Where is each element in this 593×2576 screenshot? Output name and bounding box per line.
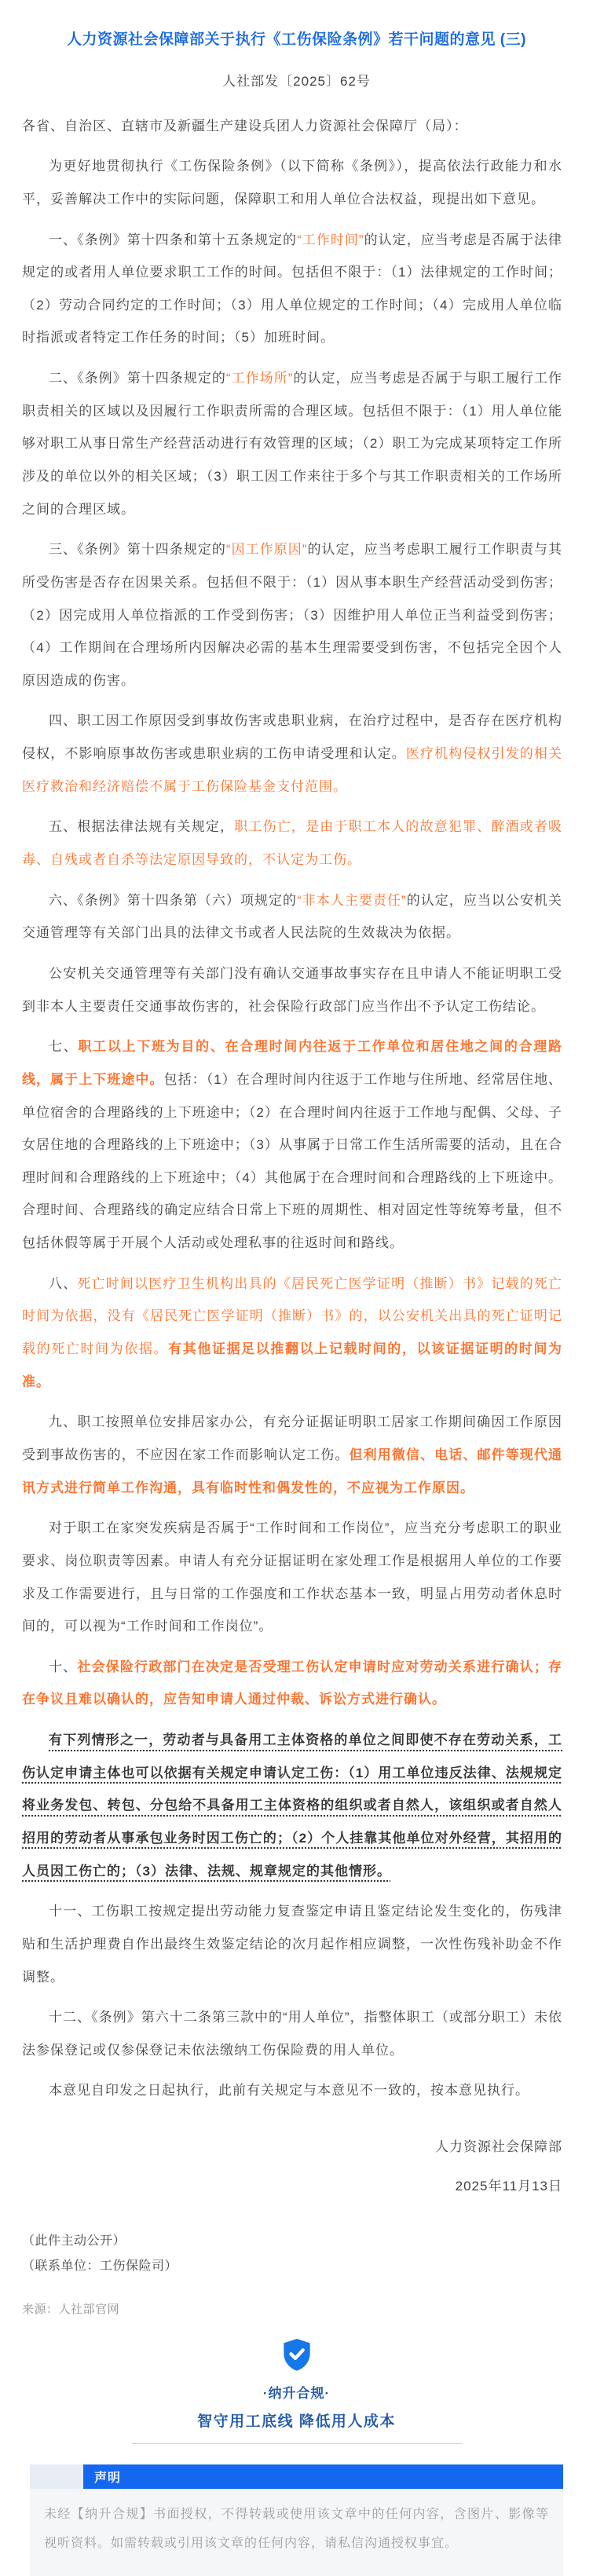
text-run: 公安机关交通管理等有关部门没有确认交通事故事实存在且申请人不能证明职工受到非本人… [22,966,562,1014]
text-run: “因工作原因” [226,542,308,557]
text-run: 的认定，应当考虑是否属于法律规定的或者用人单位要求职工工作的时间。包括但不限于：… [22,232,562,346]
text-run: 一、《条例》第十四条和第十五条规定的 [49,232,297,247]
text-run: 为更好地贯彻执行《工伤保险条例》（以下简称《条例》），提高依法行政能力和水平，妥… [22,159,562,207]
doc-number: 人社部发〔2025〕62号 [0,70,593,90]
paragraph: 一、《条例》第十四条和第十五条规定的“工作时间”的认定，应当考虑是否属于法律规定… [22,224,562,355]
article-page: 人力资源社会保障部关于执行《工伤保险条例》若干问题的意见 (三) 人社部发〔20… [0,30,593,2576]
paragraph: 十一、工伤职工按规定提出劳动能力复查鉴定申请且鉴定结论发生变化的，伤残津贴和生活… [22,1895,562,1993]
disclaimer-title-bar: 声明 [83,2464,563,2489]
disclaimer-title: 声明 [94,2468,121,2486]
disclaimer-box: 声明 未经【纳升合规】书面授权，不得转载或使用该文章中的任何内容，含图片、影像等… [30,2464,563,2576]
paragraph: 四、职工因工作原因受到事故伤害或患职业病，在治疗过程中，是否存在医疗机构侵权，不… [22,704,562,803]
source-line: 来源：人社部官网 [22,2300,562,2317]
disclaimer-header: 声明 [30,2464,563,2489]
text-run: “工作时间” [297,232,364,247]
note-public: （此件主动公开） [22,2229,562,2253]
note-contact: （联系单位：工伤保险司） [22,2254,562,2278]
paragraph: 为更好地贯彻执行《工伤保险条例》（以下简称《条例》），提高依法行政能力和水平，妥… [22,150,562,215]
text-run: 二、《条例》第十四条规定的 [49,371,226,386]
paragraph: 有下列情形之一，劳动者与具备用工主体资格的单位之间即使不存在劳动关系，工伤认定申… [22,1724,562,1887]
text-run: 八、 [49,1276,77,1291]
shield-check-icon [281,2337,313,2372]
brand-block: ·纳升合规· 智守用工底线 降低用人成本 [132,2337,462,2444]
disclaimer-header-accent [30,2464,83,2489]
text-run: “工作场所” [226,371,293,386]
paragraph: 八、死亡时间以医疗卫生机构出具的《居民死亡医学证明（推断）书》记载的死亡时间为依… [22,1268,562,1399]
paragraph: 二、《条例》第十四条规定的“工作场所”的认定，应当考虑是否属于与职工履行工作职责… [22,362,562,525]
document-body: 各省、自治区、直辖市及新疆生产建设兵团人力资源社会保障厅（局）：为更好地贯彻执行… [22,110,562,2108]
text-run: 有下列情形之一，劳动者与具备用工主体资格的单位之间即使不存在劳动关系，工伤认定申… [22,1733,562,1879]
text-run: 十、 [49,1659,77,1674]
brand-name: ·纳升合规· [132,2382,462,2402]
text-run: 十一、工伤职工按规定提出劳动能力复查鉴定申请且鉴定结论发生变化的，伤残津贴和生活… [22,1904,562,1984]
paragraph: 十二、《条例》第六十二条第三款中的“用人单位”，指整体职工（或部分职工）未依法参… [22,2001,562,2066]
paragraph: 公安机关交通管理等有关部门没有确认交通事故事实存在且申请人不能证明职工受到非本人… [22,957,562,1023]
text-run: 对于职工在家突发疾病是否属于“工作时间和工作岗位”，应当充分考虑职工的职业要求、… [22,1520,562,1634]
disclaimer-body: 未经【纳升合规】书面授权，不得转载或使用该文章中的任何内容，含图片、影像等视听资… [30,2489,563,2576]
text-run: 的认定，应当考虑职工履行工作职责与其所受伤害是否存在因果关系。包括但不限于：（1… [22,542,562,688]
paragraph: 六、《条例》第十四条第（六）项规定的“非本人主要责任”的认定，应当以公安机关交通… [22,884,562,950]
paragraph: 十、社会保险行政部门在决定是否受理工伤认定申请时应对劳动关系进行确认；存在争议且… [22,1651,562,1716]
signature-block: 人力资源社会保障部 2025年11月13日 [22,2131,562,2202]
text-run: 的认定，应当考虑是否属于与职工履行工作职责相关的区域以及因履行工作职责所需的合理… [22,371,562,517]
paragraph: 九、职工按照单位安排居家办公，有充分证据证明职工居家工作期间确因工作原因受到事故… [22,1406,562,1504]
text-run: 包括：（1）在合理时间内往返于工作地与住所地、经常居住地、单位宿舍的合理路线的上… [22,1072,562,1250]
signature-date: 2025年11月13日 [22,2170,562,2203]
paragraph: 七、职工以上下班为目的、在合理时间内往返于工作单位和居住地之间的合理路线，属于上… [22,1030,562,1259]
text-run: 三、《条例》第十四条规定的 [49,542,226,557]
text-run: “非本人主要责任” [297,893,407,908]
paragraph: 各省、自治区、直辖市及新疆生产建设兵团人力资源社会保障厅（局）： [22,110,562,143]
paragraph: 对于职工在家突发疾病是否属于“工作时间和工作岗位”，应当充分考虑职工的职业要求、… [22,1512,562,1643]
text-run: 各省、自治区、直辖市及新疆生产建设兵团人力资源社会保障厅（局）： [22,119,468,134]
notes-block: （此件主动公开） （联系单位：工伤保险司） [22,2229,562,2278]
signature-org: 人力资源社会保障部 [22,2131,562,2164]
text-run: 五、根据法律法规有关规定， [49,819,234,834]
paragraph: 本意见自印发之日起执行，此前有关规定与本意见不一致的，按本意见执行。 [22,2074,562,2107]
text-run: 六、《条例》第十四条第（六）项规定的 [49,893,297,908]
text-run: 社会保险行政部门在决定是否受理工伤认定申请时应对劳动关系进行确认；存在争议且难以… [22,1659,562,1707]
text-run: 七、 [49,1039,78,1054]
brand-slogan: 智守用工底线 降低用人成本 [132,2410,462,2431]
text-run: 本意见自印发之日起执行，此前有关规定与本意见不一致的，按本意见执行。 [49,2083,529,2098]
page-title: 人力资源社会保障部关于执行《工伤保险条例》若干问题的意见 (三) [24,30,569,51]
paragraph: 五、根据法律法规有关规定，职工伤亡，是由于职工本人的故意犯罪、醉酒或者吸毒、自残… [22,810,562,876]
text-run: 十二、《条例》第六十二条第三款中的“用人单位”，指整体职工（或部分职工）未依法参… [22,2010,562,2058]
paragraph: 三、《条例》第十四条规定的“因工作原因”的认定，应当考虑职工履行工作职责与其所受… [22,533,562,697]
